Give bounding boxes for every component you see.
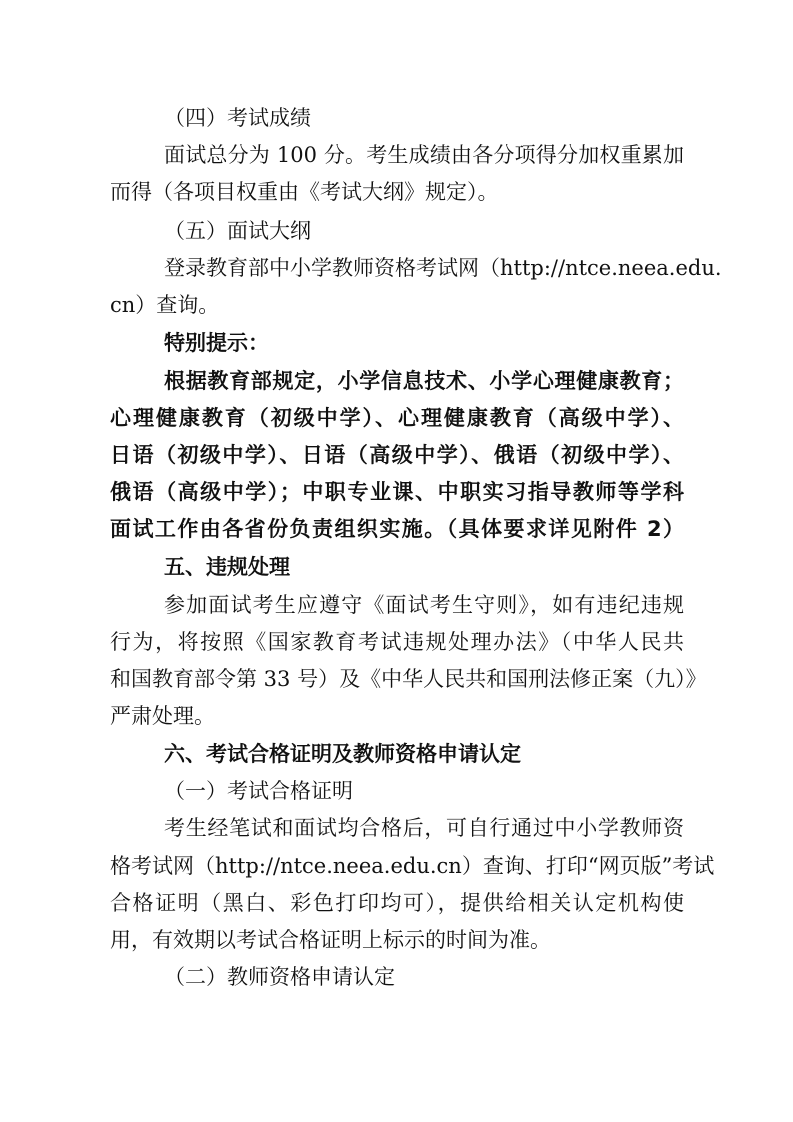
notice-line: 根据教育部规定，小学信息技术、小学心理健康教育； [164, 366, 684, 396]
paragraph-line: 面试总分为 100 分。考生成绩由各分项得分加权重累加 [164, 140, 684, 170]
paragraph-line: 合格证明（黑白、彩色打印均可），提供给相关认定机构使 [110, 888, 684, 918]
paragraph-line: 用，有效期以考试合格证明上标示的时间为准。 [110, 925, 684, 955]
paragraph-line: 和国教育部令第 33 号）及《中华人民共和国刑法修正案（九）》 [110, 664, 684, 694]
section-heading-certificate: 六、考试合格证明及教师资格申请认定 [164, 739, 684, 769]
subheading-certificate: （一）考试合格证明 [164, 776, 684, 806]
notice-line: 日语（初级中学）、日语（高级中学）、俄语（初级中学）、 [110, 440, 684, 470]
paragraph-line: 登录教育部中小学教师资格考试网（http://ntce.neea.edu. [164, 253, 684, 283]
paragraph-line: 行为，将按照《国家教育考试违规处理办法》（中华人民共 [110, 627, 684, 657]
subheading-interview-outline: （五）面试大纲 [164, 216, 684, 246]
special-notice-heading: 特别提示： [164, 328, 684, 358]
paragraph-line: 格考试网（http://ntce.neea.edu.cn）查询、打印“网页版”考… [110, 851, 684, 881]
document-page: （四）考试成绩 面试总分为 100 分。考生成绩由各分项得分加权重累加 而得（各… [0, 0, 793, 1122]
notice-line: 心理健康教育（初级中学）、心理健康教育（高级中学）、 [110, 403, 684, 433]
paragraph-line: 参加面试考生应遵守《面试考生守则》，如有违纪违规 [164, 590, 684, 620]
paragraph-line: cn）查询。 [110, 290, 684, 320]
section-heading-violations: 五、违规处理 [164, 552, 684, 582]
paragraph-line: 考生经笔试和面试均合格后，可自行通过中小学教师资 [164, 813, 684, 843]
notice-line: 面试工作由各省份负责组织实施。（具体要求详见附件 2） [110, 514, 684, 544]
subheading-certification-application: （二）教师资格申请认定 [164, 962, 684, 992]
subheading-exam-score: （四）考试成绩 [164, 103, 684, 133]
paragraph-line: 严肃处理。 [110, 701, 684, 731]
notice-line: 俄语（高级中学）；中职专业课、中职实习指导教师等学科 [110, 477, 684, 507]
paragraph-line: 而得（各项目权重由《考试大纲》规定）。 [110, 177, 684, 207]
